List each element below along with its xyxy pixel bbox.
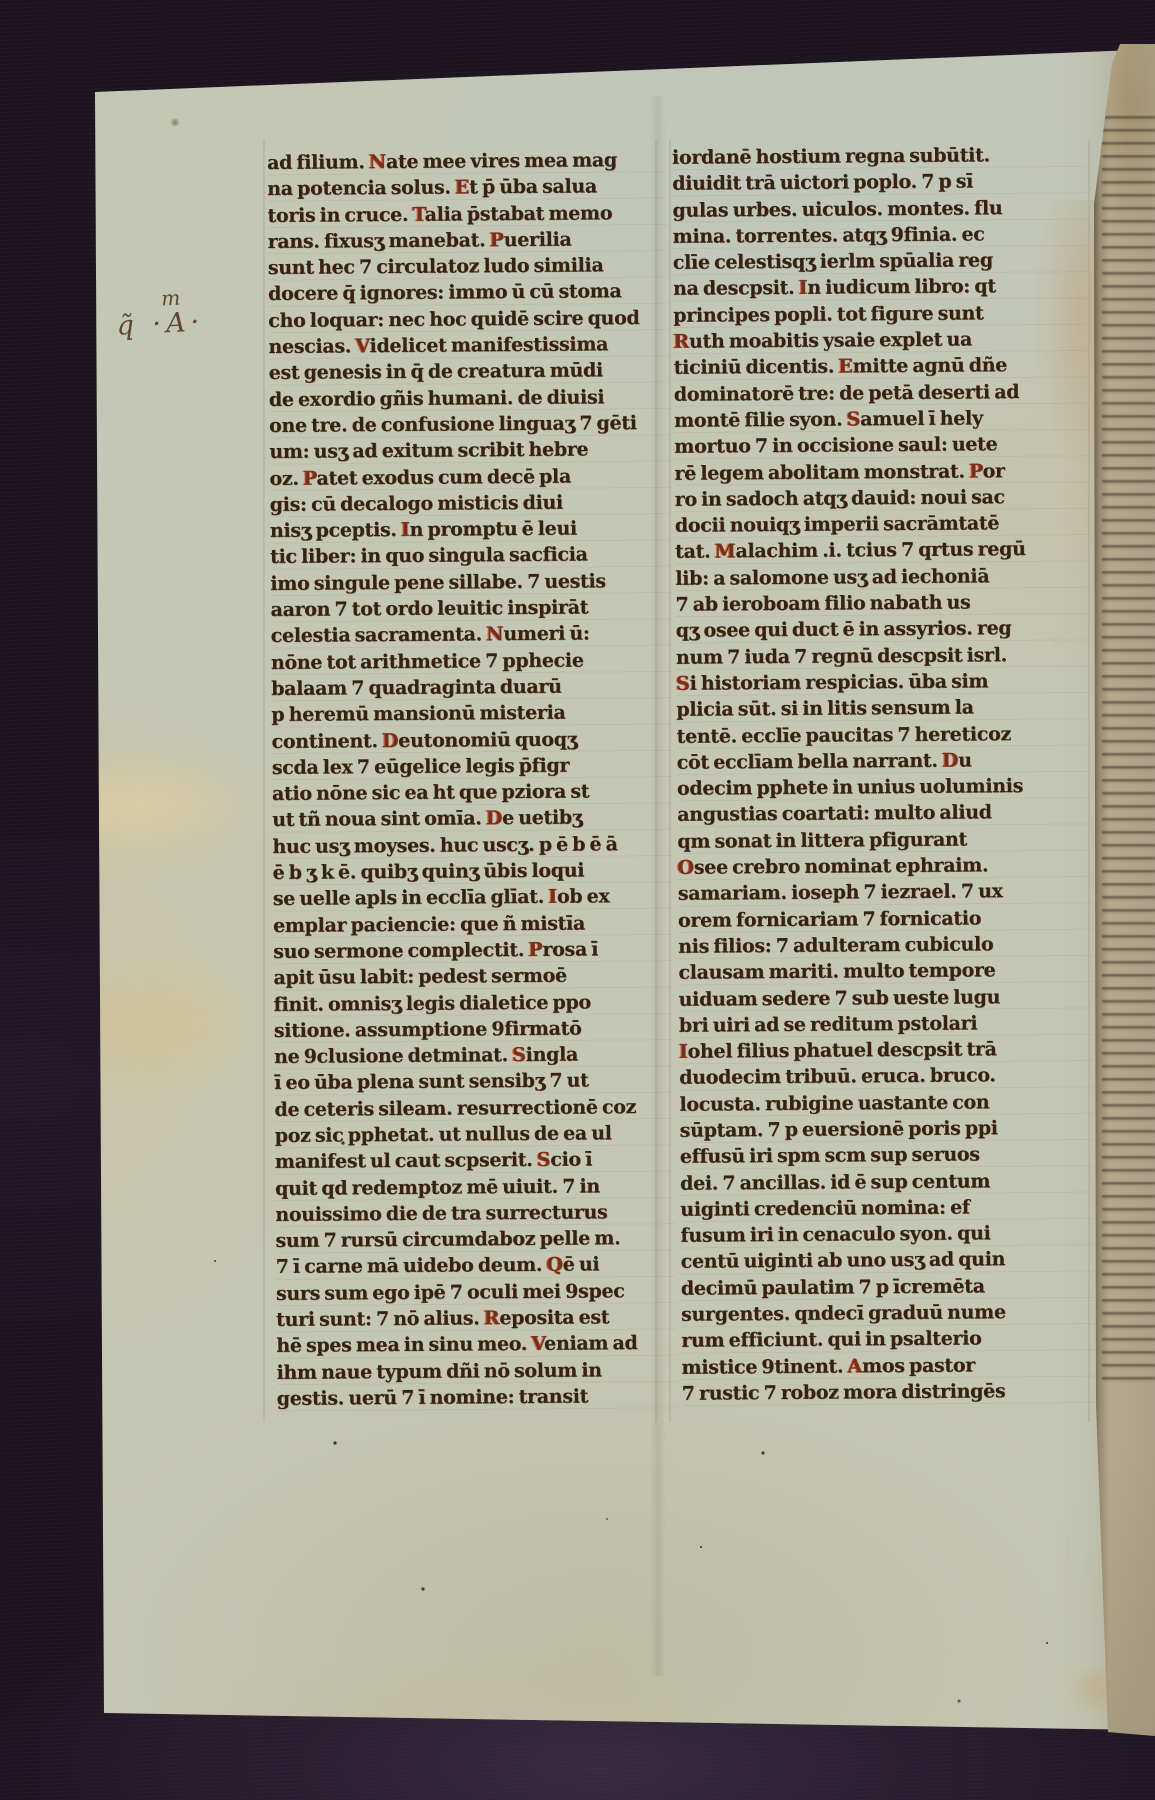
text-line: manifest ul caut scpserit. Scio ī — [275, 1146, 675, 1175]
text-line: orem fornicariam 7 fornicatio — [678, 904, 1092, 934]
text-line: sunt hec 7 circulatoz ludo similia — [268, 252, 668, 281]
text-column-right: iordanē hostium regna subūtit.diuidit tr… — [672, 142, 1096, 1407]
text-line: odecim pphete in unius uoluminis — [677, 773, 1091, 803]
text-line: huc usʒ moyses. huc uscʒ. p ē b ē ā — [272, 831, 672, 860]
text-line: gulas urbes. uiculos. montes. flu — [672, 194, 1086, 224]
text-line: est genesis in q̄ de creatura mūdi — [269, 357, 669, 386]
rubricated-letter: D — [486, 808, 502, 830]
text-line: fusum iri in cenaculo syon. qui — [680, 1220, 1094, 1250]
text-line: angustias coartati: multo aliud — [677, 799, 1091, 829]
text-line: uiginti credenciū nomina: ef — [680, 1193, 1094, 1223]
text-line: de exordio gñis humani. de diuisi — [269, 383, 669, 412]
text-line: clīe celestisqʒ ierlm spūalia reg — [673, 247, 1087, 277]
rubricated-letter: D — [382, 729, 398, 751]
text-line: p heremū mansionū misteria — [271, 699, 671, 728]
text-line: apit ūsu labit: pedest sermoē — [273, 962, 673, 991]
text-line: nouissimo die de tra surrecturus — [275, 1199, 675, 1228]
text-line: 7 ab ieroboam filio nabath us — [675, 589, 1089, 619]
text-line: rans. fixusʒ manebat. Puerilia — [268, 226, 668, 255]
text-line: suo sermone complectit. Prosa ī — [273, 936, 673, 965]
rubricated-letter: I — [401, 519, 410, 541]
ink-specks — [0, 0, 2, 2]
text-line: surgentes. qndecī graduū nume — [681, 1299, 1095, 1329]
text-line: mina. torrentes. atqʒ 9finia. ec — [673, 220, 1087, 250]
rubricated-letter: V — [355, 335, 369, 357]
fore-edge-pages — [1094, 44, 1155, 1736]
text-line: nescias. Videlicet manifestissima — [268, 331, 668, 360]
rubricated-letter: I — [799, 277, 808, 299]
rubricated-letter: P — [490, 229, 504, 251]
rubricated-letter: T — [412, 203, 424, 225]
rubricated-letter: S — [676, 673, 690, 695]
text-line: nisʒ pceptis. In promptu ē leui — [270, 515, 670, 544]
text-line: cho loquar: nec hoc quidē scire quod — [268, 305, 668, 334]
text-line: na descpsit. In iudicum libro: qt — [673, 273, 1087, 303]
rubricated-letter: R — [673, 331, 689, 353]
text-line: tic liber: in quo singula sacficia — [270, 541, 670, 570]
text-line: Ruth moabitis ysaie explet ua — [673, 326, 1087, 356]
text-line: celestia sacramenta. Numeri ū: — [271, 620, 671, 649]
text-line: ad filium. Nate mee vires mea mag — [267, 147, 667, 176]
text-line: qʒ osee qui duct ē in assyrios. reg — [676, 615, 1090, 645]
text-line: de ceteris sileam. resurrectionē coz — [274, 1093, 674, 1122]
rubricated-letter: R — [484, 1307, 500, 1329]
text-line: gis: cū decalogo misticis diui — [270, 489, 670, 518]
rubricated-letter: P — [303, 467, 317, 489]
rubricated-letter: E — [455, 177, 469, 199]
rubricated-letter: I — [548, 886, 557, 908]
text-line: dei. 7 ancillas. id ē sup centum — [680, 1167, 1094, 1197]
text-line: qm sonat in littera pfigurant — [677, 825, 1091, 855]
text-line: turi sunt: 7 nō alius. Reposita est — [276, 1304, 676, 1333]
text-line: emplar paciencie: que ñ mistīa — [273, 909, 673, 938]
text-line: tentē. ecclīe paucitas 7 hereticoz — [676, 720, 1090, 750]
rubricated-letter: V — [531, 1333, 544, 1355]
text-line: ne 9clusione detminat. Singla — [274, 1041, 674, 1070]
text-line: dominatorē tre: de petā deserti ad — [674, 378, 1088, 408]
text-line: centū uiginti ab uno usʒ ad quin — [681, 1246, 1095, 1276]
text-line: aaron 7 tot ordo leuitic inspirāt — [270, 594, 670, 623]
text-line: nis filios: 7 adulteram cubiculo — [678, 930, 1092, 960]
text-line: mortuo 7 in occisione saul: uete — [674, 431, 1088, 461]
text-line: mistice 9tinent. Amos pastor — [681, 1351, 1095, 1381]
text-line: diuidit trā uictori poplo. 7 p sī — [672, 168, 1086, 198]
text-line: balaam 7 quadraginta duarū — [271, 673, 671, 702]
text-line: hē spes mea in sinu meo. Veniam ad — [276, 1330, 676, 1359]
text-line: Osee crebro nominat ephraim. — [677, 852, 1091, 882]
text-line: ihm naue typum dñi nō solum in — [276, 1356, 676, 1385]
text-line: sum 7 rursū circumdaboz pelle m. — [275, 1225, 675, 1254]
text-line: sitione. assumptione 9firmatō — [274, 1015, 674, 1044]
text-line: rum efficiunt. qui in psalterio — [681, 1325, 1095, 1355]
text-line: num 7 iuda 7 regnū descpsit isrl. — [676, 641, 1090, 671]
text-line: plicia sūt. si in litis sensum la — [676, 694, 1090, 724]
text-block: ad filium. Nate mee vires mea magna pote… — [0, 0, 1155, 1800]
text-line: oz. Patet exodus cum decē pla — [269, 462, 669, 491]
text-column-left: ad filium. Nate mee vires mea magna pote… — [267, 147, 677, 1412]
text-line: ut tñ noua sint omīa. De uetibʒ — [272, 804, 672, 833]
text-line: Iohel filius phatuel descpsit trā — [679, 1036, 1093, 1066]
text-line: na potencia solus. Et p̄ ūba salua — [267, 173, 667, 202]
text-line: clausam mariti. multo tempore — [678, 957, 1092, 987]
text-line: gestis. uerū 7 ī nomine: transit — [277, 1383, 677, 1412]
text-line: finit. omnisʒ legis dialetice ppo — [274, 988, 674, 1017]
text-line: locusta. rubigine uastante con — [679, 1088, 1093, 1118]
text-line: quit qd redemptoz mē uiuit. 7 in — [275, 1172, 675, 1201]
rubricated-letter: N — [369, 151, 386, 173]
text-line: ro in sadoch atqʒ dauid: noui sac — [675, 483, 1089, 513]
text-line: bri uiri ad se reditum pstolari — [679, 1009, 1093, 1039]
text-line: se uelle apls in ecclīa glīat. Iob ex — [273, 883, 673, 912]
text-line: iordanē hostium regna subūtit. — [672, 142, 1086, 172]
rubricated-letter: A — [848, 1355, 863, 1377]
rubricated-letter: S — [537, 1149, 551, 1171]
text-line: atio nōne sic ea ht que pziora st — [272, 778, 672, 807]
rubricated-letter: P — [969, 460, 983, 482]
rubricated-letter: I — [679, 1041, 688, 1063]
text-line: lib: a salomone usʒ ad iechoniā — [675, 562, 1089, 592]
text-line: 7 ī carne mā uidebo deum. Qē ui — [276, 1251, 676, 1280]
text-line: surs sum ego ipē 7 oculi mei 9spec — [276, 1278, 676, 1307]
text-line: uiduam sedere 7 sub ueste lugu — [679, 983, 1093, 1013]
text-line: sūptam. 7 p euersionē poris ppi — [680, 1114, 1094, 1144]
rubricated-letter: S — [847, 408, 861, 430]
text-line: rē legem abolitam monstrat. Por — [674, 457, 1088, 487]
text-line: decimū paulatim 7 p īcremēta — [681, 1272, 1095, 1302]
rubricated-letter: N — [486, 623, 503, 645]
text-line: toris in cruce. Talia p̄stabat memo — [267, 199, 667, 228]
text-line: poz sic pphetat. ut nullus de ea ul — [275, 1120, 675, 1149]
text-line: 7 rustic 7 roboz mora distringēs — [682, 1377, 1096, 1407]
manuscript-page: m q̃ ·A· ad filium. Nate mee vires mea m… — [0, 0, 1155, 1800]
rubricated-letter: S — [512, 1044, 526, 1066]
rubricated-letter: D — [942, 749, 958, 771]
text-line: effusū iri spm scm sup seruos — [680, 1141, 1094, 1171]
text-line: samariam. ioseph 7 iezrael. 7 ux — [678, 878, 1092, 908]
manuscript-photo: m q̃ ·A· ad filium. Nate mee vires mea m… — [0, 0, 1155, 1800]
text-line: montē filie syon. Samuel ī hely — [674, 404, 1088, 434]
text-line: docii nouiqʒ imperii sacrāmtatē — [675, 510, 1089, 540]
text-line: scda lex 7 eūgelice legis p̄figr — [272, 752, 672, 781]
text-line: cōt ecclīam bella narrant. Du — [677, 746, 1091, 776]
text-line: docere q̄ ignores: immo ū cū stoma — [268, 278, 668, 307]
text-line: principes popli. tot figure sunt — [673, 299, 1087, 329]
rubricated-letter: M — [715, 541, 736, 563]
rubricated-letter: O — [677, 857, 693, 879]
text-line: Si historiam respicias. ūba sim — [676, 667, 1090, 697]
rubricated-letter: P — [528, 939, 542, 961]
text-line: one tre. de confusione linguaʒ 7 gēti — [269, 410, 669, 439]
rubricated-letter: Q — [546, 1254, 562, 1276]
text-line: duodecim tribuū. eruca. bruco. — [679, 1062, 1093, 1092]
text-line: tat. Malachim .i. tcius 7 qrtus regū — [675, 536, 1089, 566]
text-line: ī eo ūba plena sunt sensibʒ 7 ut — [274, 1067, 674, 1096]
text-line: ē b ʒ k ē. quibʒ quinʒ ūbis loqui — [272, 857, 672, 886]
text-line: imo singule pene sillabe. 7 uestis — [270, 568, 670, 597]
text-line: um: usʒ ad exitum scribit hebre — [269, 436, 669, 465]
rubricated-letter: E — [838, 356, 852, 378]
text-line: continent. Deutonomiū quoqʒ — [271, 725, 671, 754]
text-line: ticiniū dicentis. Emitte agnū dñe — [674, 352, 1088, 382]
fore-edge-text-lines — [1102, 116, 1155, 1388]
text-line: nōne tot arithmetice 7 pphecie — [271, 646, 671, 675]
